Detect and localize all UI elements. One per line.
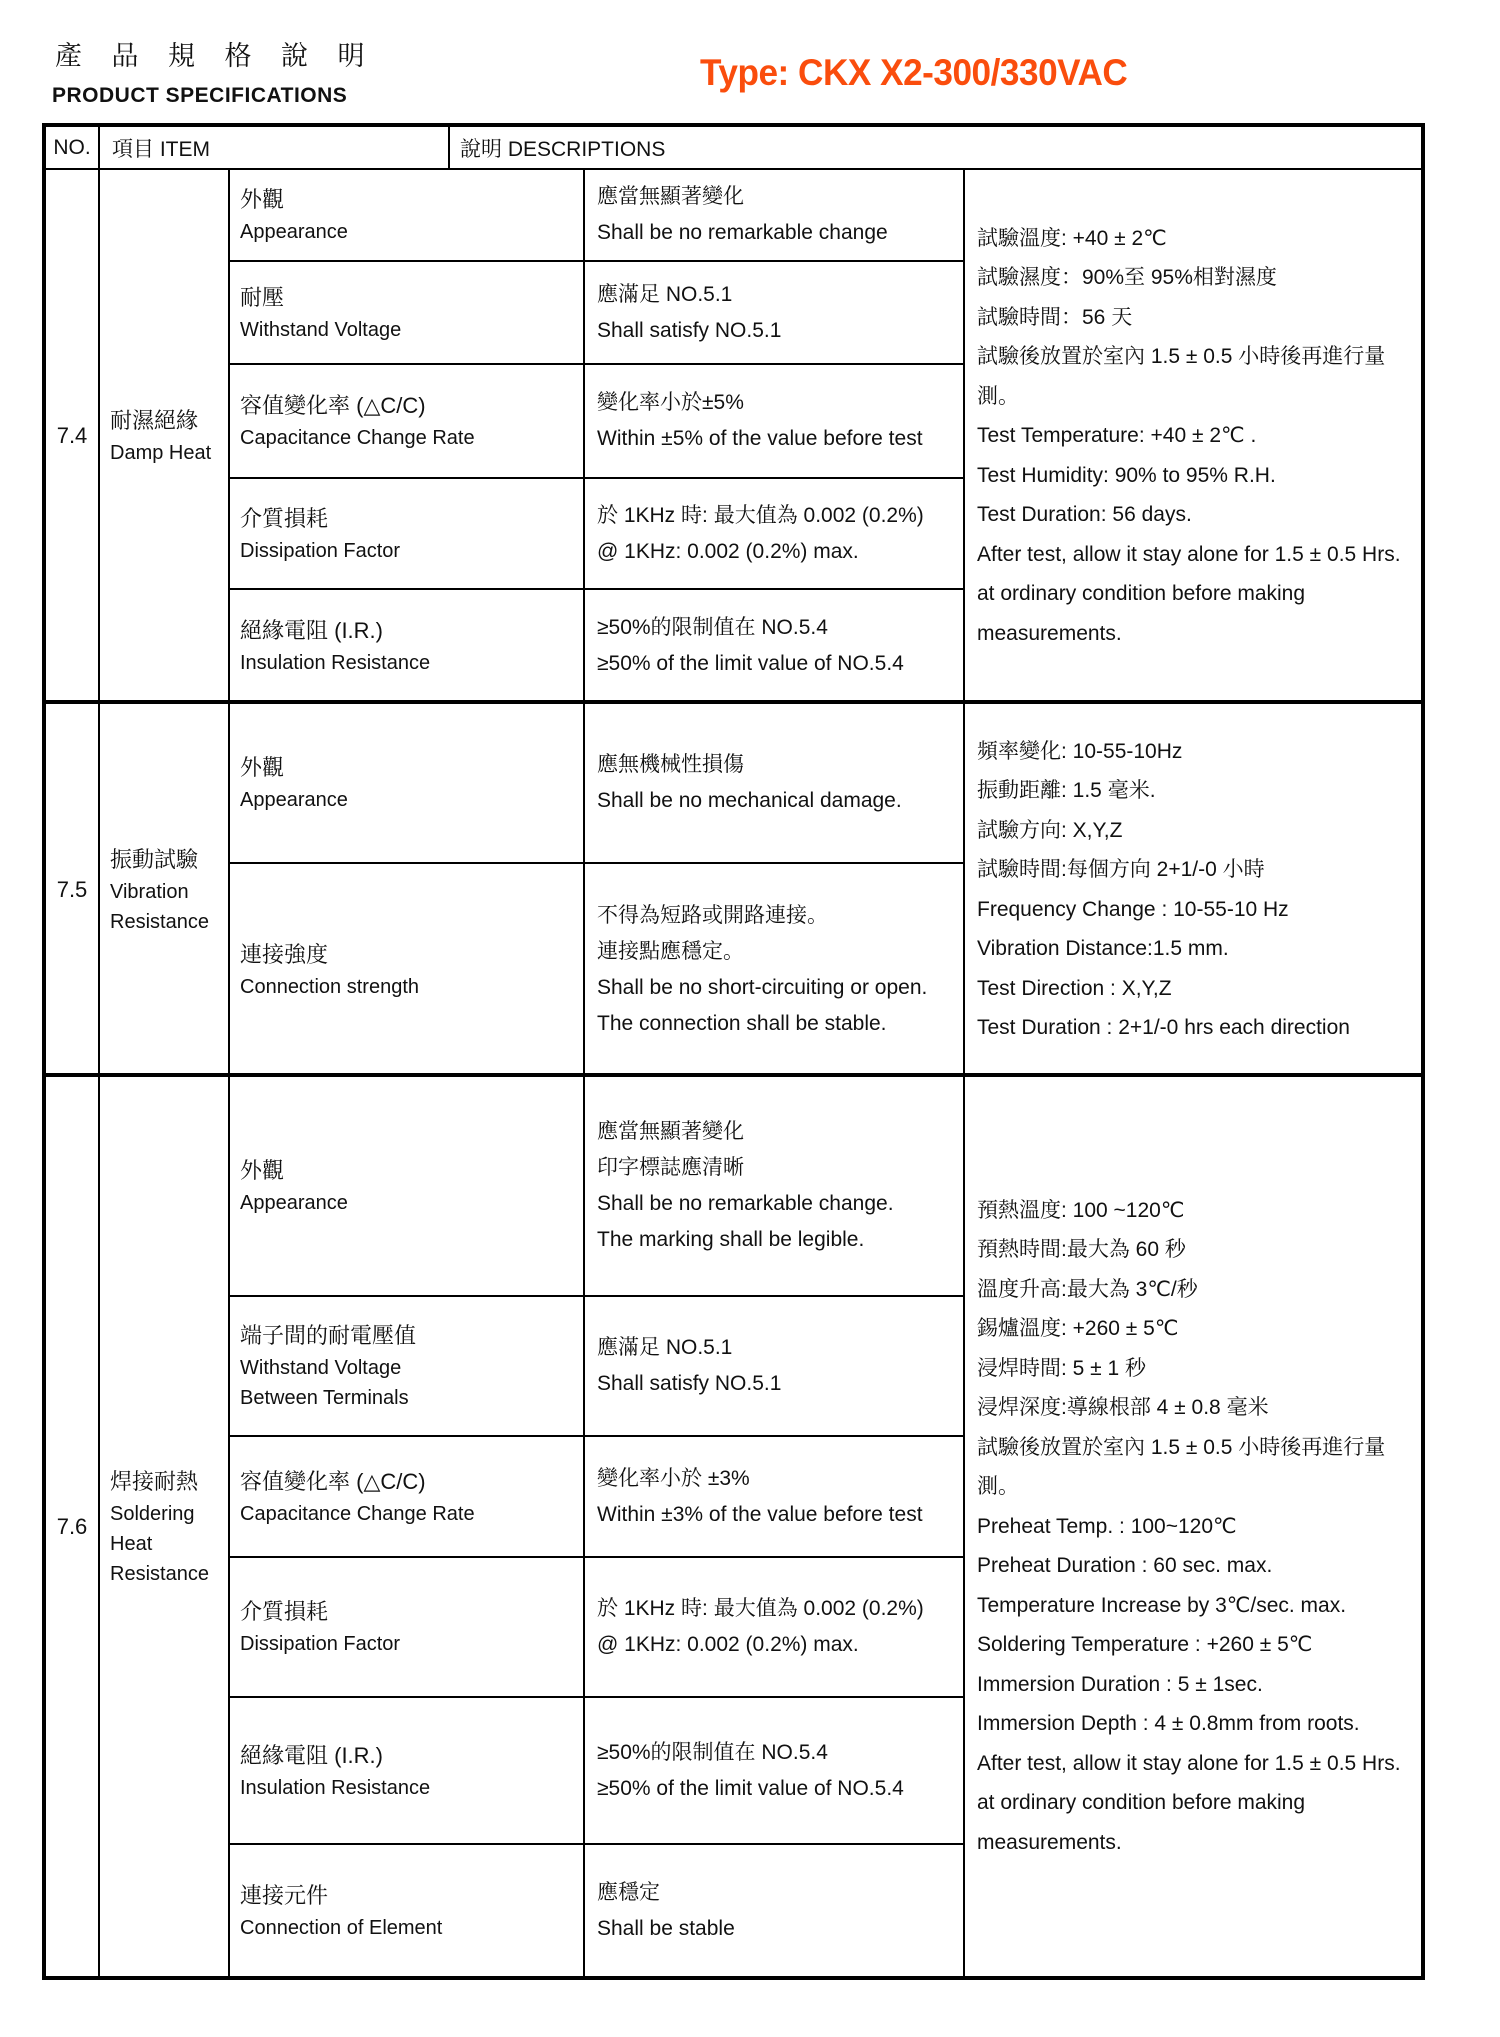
desc-7-4-capacitance-change: 變化率小於±5% Within ±5% of the value before …: [585, 365, 965, 479]
desc-7-4-insulation-resistance: ≥50%的限制值在 NO.5.4 ≥50% of the limit value…: [585, 590, 965, 702]
section-item-7-6: 焊接耐熱 Soldering Heat Resistance: [100, 1077, 230, 1976]
subitem-7-4-dissipation-factor: 介質損耗 Dissipation Factor: [230, 479, 585, 590]
subitem-7-4-insulation-resistance: 絕緣電阻 (I.R.) Insulation Resistance: [230, 590, 585, 702]
item-label-en: Damp Heat: [110, 438, 228, 468]
section-item-7-5: 振動試驗 Vibration Resistance: [100, 704, 230, 1075]
section-no-7-4: 7.4: [46, 170, 100, 702]
section-item-7-4: 耐濕絕緣 Damp Heat: [100, 170, 230, 702]
item-label-cn: 耐濕絕緣: [110, 404, 228, 438]
subitem-7-6-appearance: 外觀 Appearance: [230, 1077, 585, 1297]
desc-7-6-dissipation-factor: 於 1KHz 時: 最大值為 0.002 (0.2%) @ 1KHz: 0.00…: [585, 1558, 965, 1698]
section-no-7-5: 7.5: [46, 704, 100, 1075]
subitem-7-6-withstand-voltage-terminals: 端子間的耐電壓值 Withstand Voltage Between Termi…: [230, 1297, 585, 1437]
desc-7-5-appearance: 應無機械性損傷 Shall be no mechanical damage.: [585, 704, 965, 864]
subitem-7-4-capacitance-change: 容值變化率 (△C/C) Capacitance Change Rate: [230, 365, 585, 479]
header-no: NO.: [46, 127, 100, 170]
desc-7-4-withstand-voltage: 應滿足 NO.5.1 Shall satisfy NO.5.1: [585, 262, 965, 365]
desc-7-6-capacitance-change: 變化率小於 ±3% Within ±3% of the value before…: [585, 1437, 965, 1558]
subitem-7-5-connection-strength: 連接強度 Connection strength: [230, 864, 585, 1075]
desc-7-4-appearance: 應當無顯著變化 Shall be no remarkable change: [585, 170, 965, 262]
header-descriptions: 說明 DESCRIPTIONS: [450, 127, 1421, 170]
desc-7-4-dissipation-factor: 於 1KHz 時: 最大值為 0.002 (0.2%) @ 1KHz: 0.00…: [585, 479, 965, 590]
conditions-7-5: 頻率變化: 10-55-10Hz 振動距離: 1.5 毫米. 試驗方向: X,Y…: [965, 704, 1421, 1075]
desc-7-6-withstand-voltage-terminals: 應滿足 NO.5.1 Shall satisfy NO.5.1: [585, 1297, 965, 1437]
spec-table: NO. 項目 ITEM 說明 DESCRIPTIONS 7.4 耐濕絕緣 Dam…: [42, 123, 1425, 1980]
section-no-7-6: 7.6: [46, 1077, 100, 1976]
conditions-7-4: 試驗溫度: +40 ± 2℃ 試驗濕度：90%至 95%相對濕度 試驗時間：56…: [965, 170, 1421, 702]
subitem-7-6-insulation-resistance: 絕緣電阻 (I.R.) Insulation Resistance: [230, 1698, 585, 1845]
subitem-7-5-appearance: 外觀 Appearance: [230, 704, 585, 864]
desc-7-5-connection-strength: 不得為短路或開路連接。 連接點應穩定。 Shall be no short-ci…: [585, 864, 965, 1075]
page-title-english: PRODUCT SPECIFICATIONS: [52, 84, 347, 108]
desc-7-6-appearance: 應當無顯著變化 印字標誌應清晰 Shall be no remarkable c…: [585, 1077, 965, 1297]
product-type-label: Type: CKX X2-300/330VAC: [700, 52, 1127, 94]
conditions-7-6: 預熱溫度: 100 ~120℃ 預熱時間:最大為 60 秒 溫度升高:最大為 3…: [965, 1077, 1421, 1976]
desc-7-6-connection-of-element: 應穩定 Shall be stable: [585, 1845, 965, 1976]
page-title-chinese: 產 品 規 格 說 明: [55, 34, 376, 73]
subitem-7-4-appearance: 外觀 Appearance: [230, 170, 585, 262]
desc-7-6-insulation-resistance: ≥50%的限制值在 NO.5.4 ≥50% of the limit value…: [585, 1698, 965, 1845]
subitem-7-6-dissipation-factor: 介質損耗 Dissipation Factor: [230, 1558, 585, 1698]
subitem-7-6-capacitance-change: 容值變化率 (△C/C) Capacitance Change Rate: [230, 1437, 585, 1558]
subitem-7-4-withstand-voltage: 耐壓 Withstand Voltage: [230, 262, 585, 365]
subitem-7-6-connection-of-element: 連接元件 Connection of Element: [230, 1845, 585, 1976]
header-item: 項目 ITEM: [100, 127, 450, 170]
